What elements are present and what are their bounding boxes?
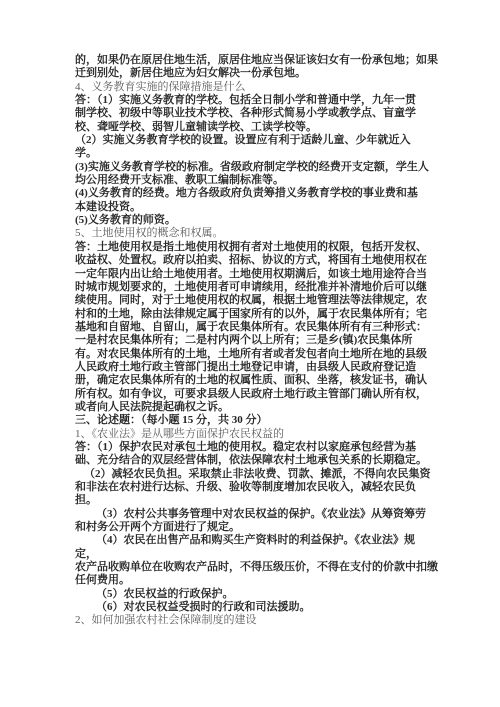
text-line: 5、土地使用权的概念和权属。 (75, 227, 427, 240)
text-line: 2、如何加强农村社会保障制度的建设 (75, 614, 427, 627)
text-line: 或者向人民法院提起确权之诉。 (75, 401, 427, 414)
text-line: （6）对农民权益受损时的行政和司法援助。 (75, 601, 427, 614)
text-line: 册，确定农民集体所有的土地的权属性质、面积、坐落，核发证书，确认 (75, 374, 427, 387)
text-line: 本建设投资。 (75, 201, 427, 214)
text-line: 制学校、初级中等职业技术学校、各种形式简易小学或教学点、盲童学 (75, 107, 427, 120)
text-line: 4、义务教育实施的保障措施是什么 (75, 81, 427, 94)
text-line: 有。对农民集体所有的土地，土地所有者或者发包者向土地所在地的县级 (75, 348, 427, 361)
text-line: (5)义务教育的师资。 (75, 214, 427, 227)
text-line: 学。 (75, 147, 427, 160)
text-line: 均公用经费开支标准、教职工编制标准等。 (75, 174, 427, 187)
text-line: 续使用。同时，对于土地使用权的权属，根据土地管理法等法律规定，农 (75, 294, 427, 307)
text-line: （2）实施义务教育学校的设置。设置应有利于适龄儿童、少年就近入 (75, 134, 427, 147)
text-line: （5）农民权益的行政保护。 (75, 588, 427, 601)
text-line: (3)实施义务教育学校的标准。省级政府制定学校的经费开支定额，学生人 (75, 161, 427, 174)
text-line: （3）农村公共事务管理中对农民权益的保护。《农业法》从筹资筹劳 (75, 508, 427, 521)
text-line: 任何费用。 (75, 574, 427, 587)
text-line: 一是村农民集体所有；二是村内两个以上所有；三是乡(镇)农民集体所 (75, 334, 427, 347)
text-line: 和村务公开两个方面进行了规定。 (75, 521, 427, 534)
text-line: 三、论述题：（每小题 15 分，共 30 分） (75, 414, 427, 427)
text-line: 和非法在农村进行达标、升级、验收等制度增加农民收入，减轻农民负 (75, 481, 427, 494)
document-text-block: 的，如果仍在原居住地生活，原居住地应当保证该妇女有一份承包地；如果迁到别处，新居… (75, 54, 427, 628)
text-line: 定， (75, 548, 427, 561)
text-line: 担。 (75, 494, 427, 507)
text-line: 1、《农业法》是从哪些方面保护农民权益的 (75, 428, 427, 441)
text-line: 收益权、处置权。政府以拍卖、招标、协议的方式，将国有土地使用权在 (75, 254, 427, 267)
text-line: (4)义务教育的经费。地方各级政府负责筹措义务教育学校的事业费和基 (75, 187, 427, 200)
text-line: 时城市规划要求的，土地使用者可申请续用，经批准并补清地价后可以继 (75, 281, 427, 294)
text-line: 一定年限内出让给土地使用者。土地使用权期满后，如该土地用途符合当 (75, 268, 427, 281)
text-line: （2）减轻农民负担。采取禁止非法收费、罚款、摊派，不得向农民集资 (75, 468, 427, 481)
text-line: 答：（1）保护农民对承包土地的使用权。稳定农村以家庭承包经营为基 (75, 441, 427, 454)
text-line: 人民政府土地行政主管部门提出土地登记申请，由县级人民政府登记造 (75, 361, 427, 374)
text-line: 校、聋哑学校、弱智儿童辅读学校、工读学校等。 (75, 121, 427, 134)
text-line: 答：（1）实施义务教育的学校。包括全日制小学和普通中学，九年一贯 (75, 94, 427, 107)
text-line: 迁到别处，新居住地应为妇女解决一份承包地。 (75, 67, 427, 80)
text-line: （4）农民在出售产品和购买生产资料时的利益保护。《农业法》规 (75, 534, 427, 547)
text-line: 的，如果仍在原居住地生活，原居住地应当保证该妇女有一份承包地；如果 (75, 54, 427, 67)
text-line: 所有权。如有争议，可要求县级人民政府土地行政主管部门确认所有权， (75, 388, 427, 401)
text-line: 村和的土地，除由法律规定属于国家所有的以外，属于农民集体所有；宅 (75, 308, 427, 321)
text-line: 础、充分结合的双层经营体制，依法保障农村土地承包关系的长期稳定。 (75, 454, 427, 467)
text-line: 基地和自留地、自留山，属于农民集体所有。农民集体所有有三种形式： (75, 321, 427, 334)
document-page: 的，如果仍在原居住地生活，原居住地应当保证该妇女有一份承包地；如果迁到别处，新居… (0, 0, 500, 707)
text-line: 答：土地使用权是指土地使用权拥有者对土地使用的权限，包括开发权、 (75, 241, 427, 254)
text-line: 农产品收购单位在收购农产品时，不得压级压价，不得在支付的价款中扣缴 (75, 561, 427, 574)
